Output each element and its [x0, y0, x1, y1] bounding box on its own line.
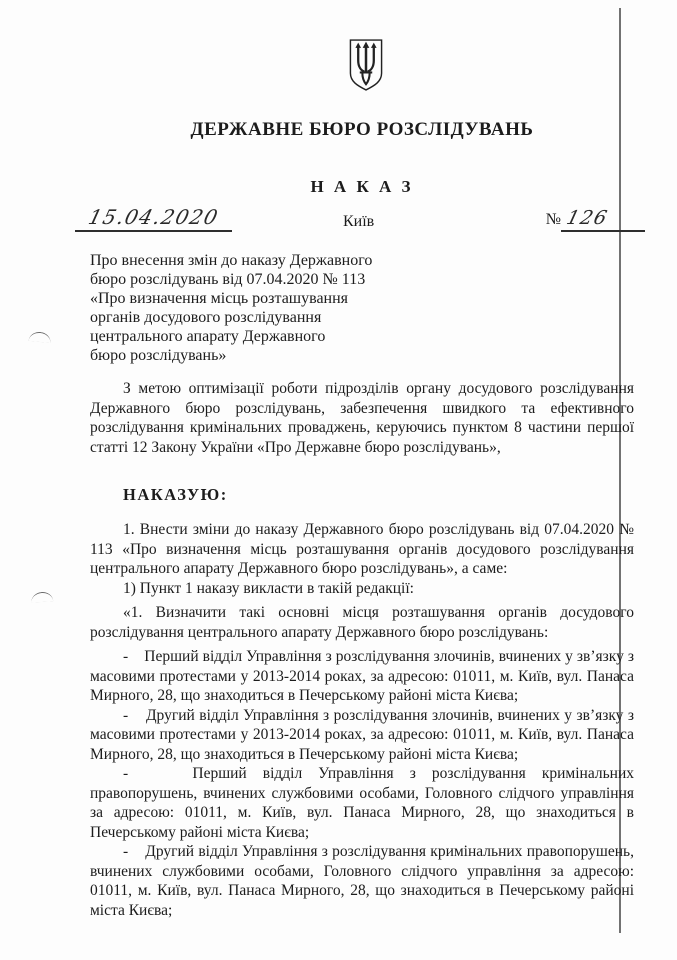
subject-line: органів досудового розслідування — [90, 308, 634, 327]
resolution-word: НАКАЗУЮ: — [123, 485, 634, 505]
location-bullet-2: - Другий відділ Управління з розслідуван… — [90, 706, 634, 765]
subject-line: центрального апарату Державного — [90, 327, 634, 346]
location-bullet-1: - Перший відділ Управління з розслідуван… — [90, 647, 634, 706]
pen-arc-mark — [31, 591, 54, 603]
number-sign: № — [546, 211, 561, 228]
subject-line: Про внесення змін до наказу Державного — [90, 251, 634, 270]
document-type-title: Н А К А З — [90, 177, 634, 197]
order-item-1-sub-1: 1) Пункт 1 наказу викласти в такій редак… — [90, 579, 634, 599]
quoted-clause-intro: «1. Визначити такі основні місця розташу… — [90, 603, 634, 642]
subject-line: «Про визначення місць розташування — [90, 289, 634, 308]
order-item-1: 1. Внести зміни до наказу Державного бюр… — [90, 520, 634, 579]
scanned-order-page: ДЕРЖАВНЕ БЮРО РОЗСЛІДУВАНЬ Н А К А З 15.… — [0, 0, 677, 960]
date-city-number-row: 15.04.2020 Київ №126 — [90, 211, 634, 239]
subject-line: бюро розслідувань від 07.04.2020 № 113 — [90, 270, 634, 289]
handwritten-order-number: 126 — [564, 207, 610, 229]
organization-name: ДЕРЖАВНЕ БЮРО РОЗСЛІДУВАНЬ — [90, 119, 634, 141]
handwritten-date: 15.04.2020 — [86, 205, 221, 229]
location-bullet-3: - Перший відділ Управління з розслідуван… — [90, 764, 634, 842]
pen-arc-mark — [29, 331, 52, 343]
order-preamble: З метою оптимізації роботи підрозділів о… — [90, 379, 634, 457]
subject-line: бюро розслідувань» — [90, 346, 634, 365]
order-subject-block: Про внесення змін до наказу Державного б… — [90, 251, 634, 365]
location-bullet-4: - Другий відділ Управління з розслідуван… — [90, 842, 634, 920]
handwritten-number-underline: 126 — [561, 207, 645, 232]
document-content: ДЕРЖАВНЕ БЮРО РОЗСЛІДУВАНЬ Н А К А З 15.… — [90, 0, 634, 920]
ukraine-trident-emblem-icon — [90, 38, 634, 97]
city-label: Київ — [343, 213, 374, 231]
handwritten-date-field: 15.04.2020 — [75, 205, 232, 232]
order-number-field: №126 — [546, 207, 645, 232]
